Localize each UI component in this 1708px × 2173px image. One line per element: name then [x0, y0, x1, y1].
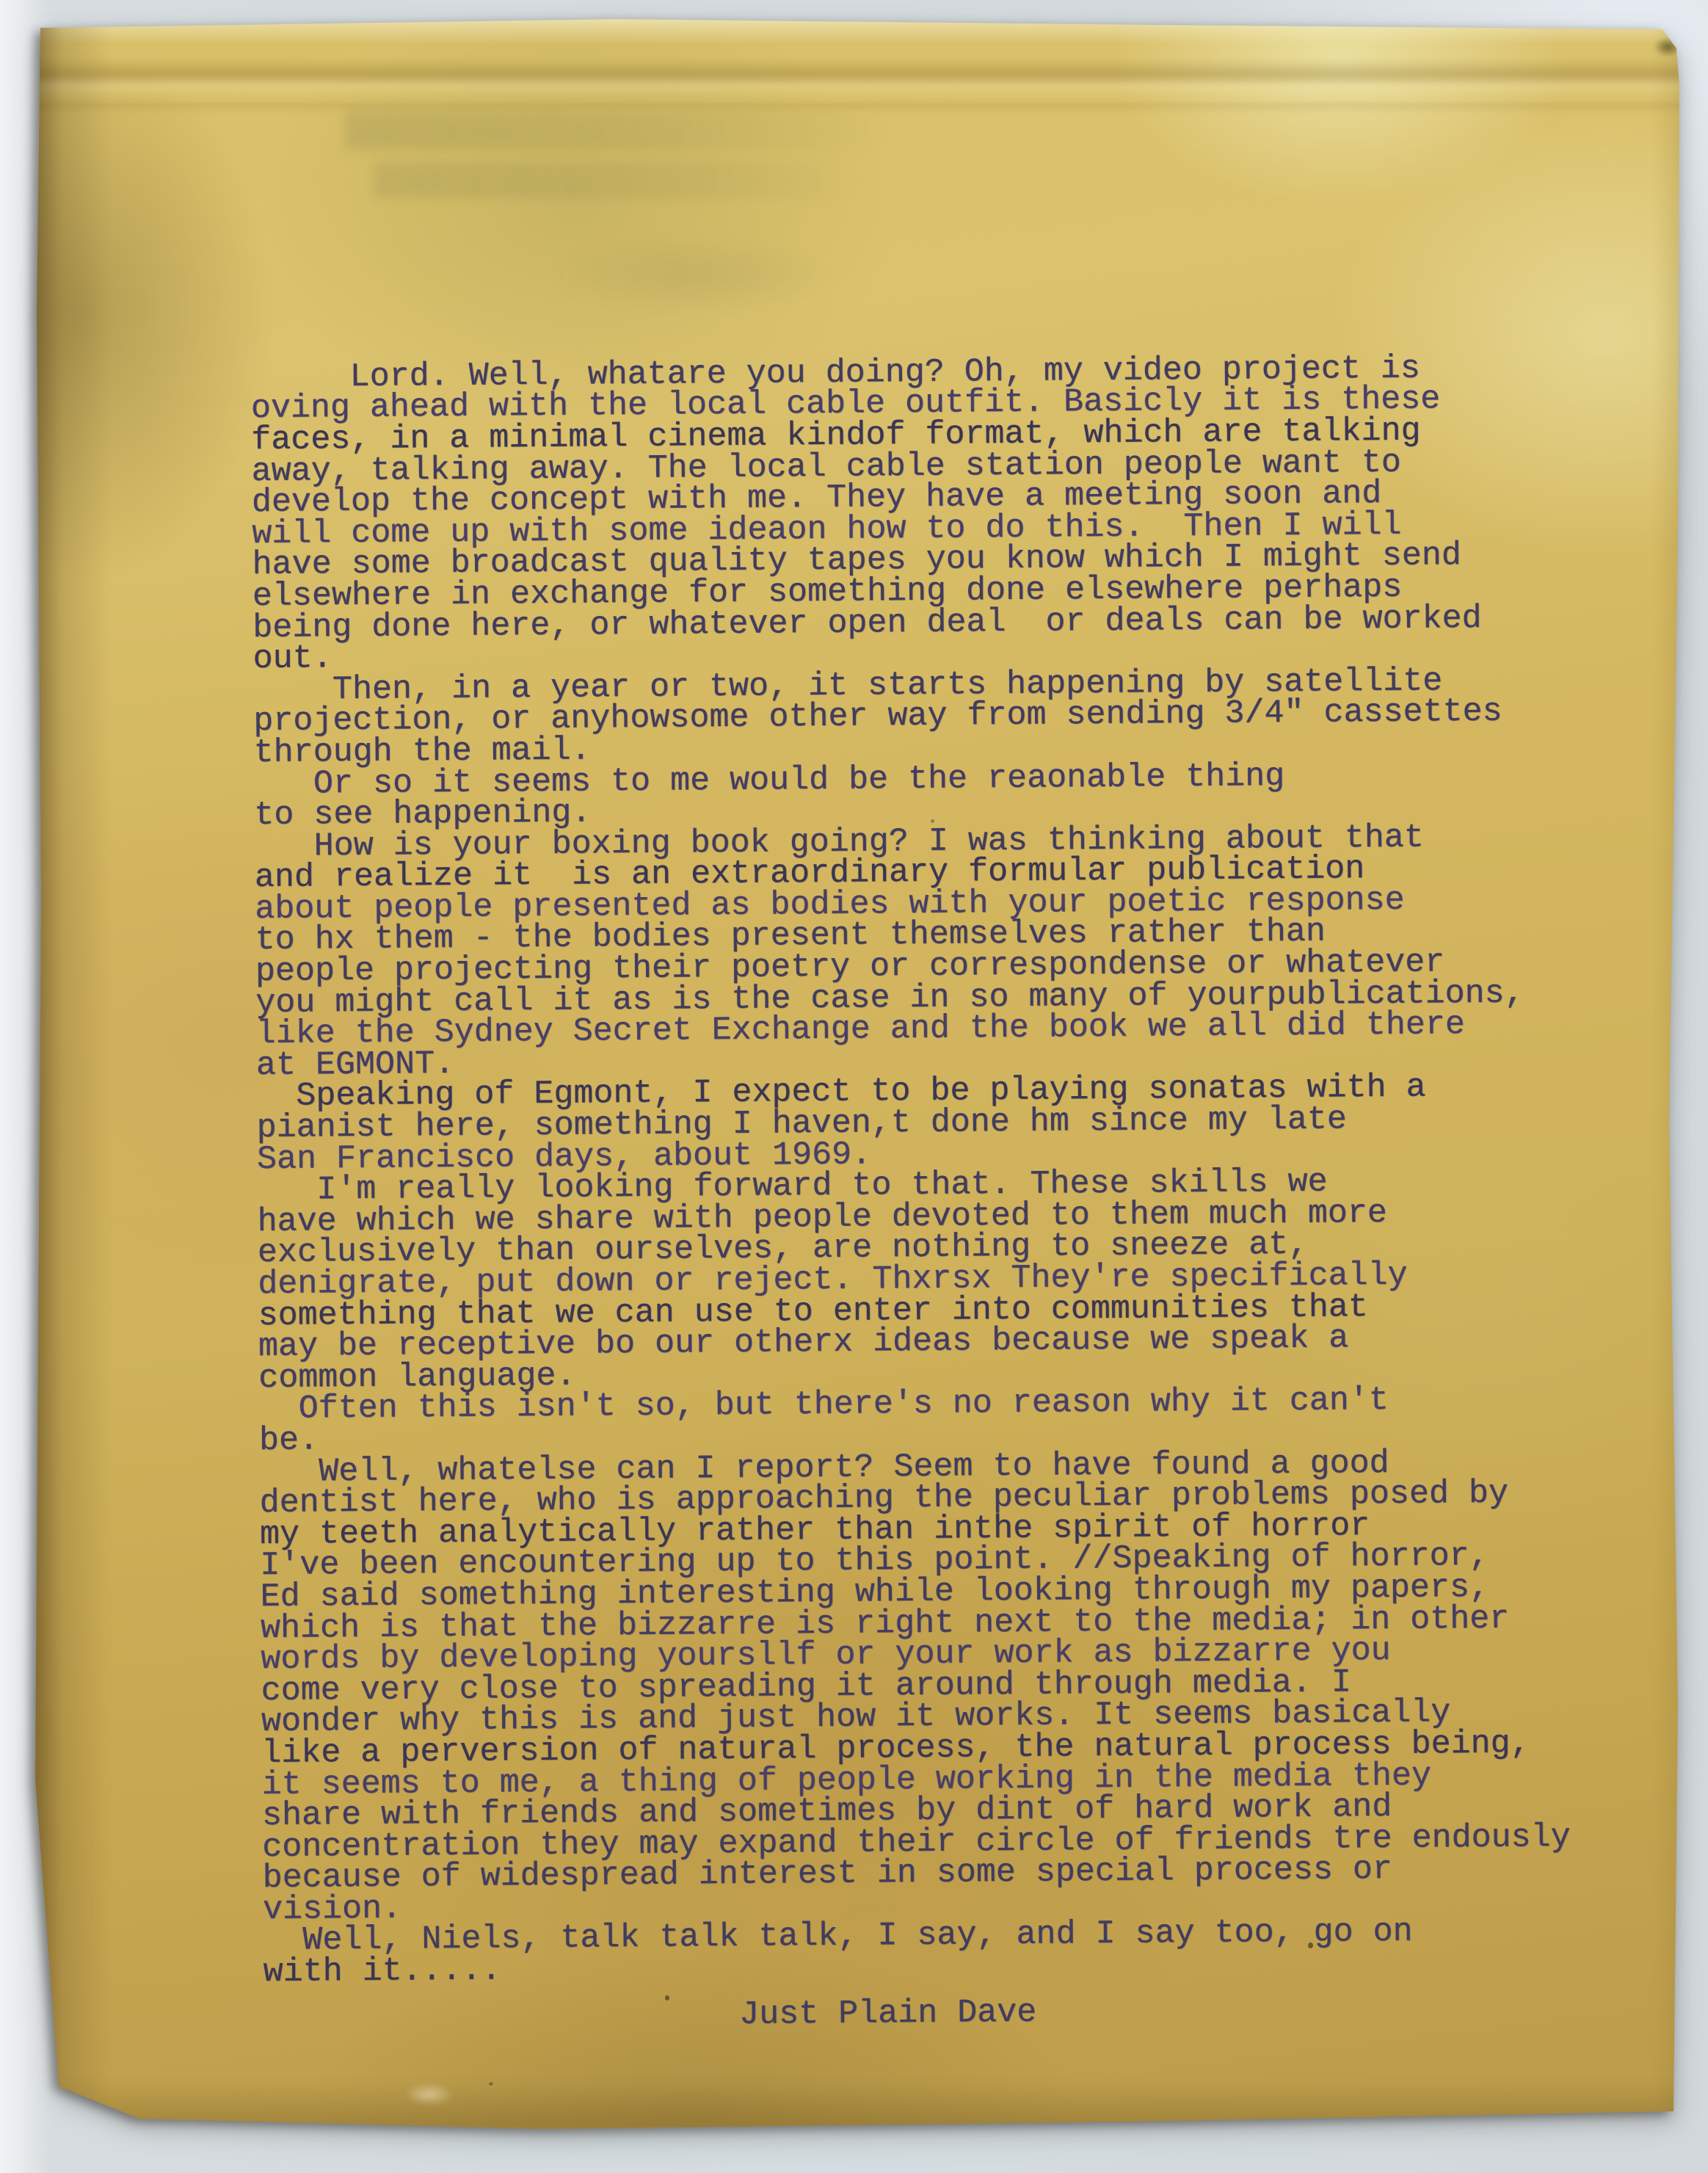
- paper-edge-shadow-left: [29, 18, 110, 2132]
- photo-background: Lord. Well, whatare you doing? Oh, my vi…: [0, 0, 1708, 2173]
- paper-corner-fold-notch: [1641, 35, 1679, 65]
- letter-body: Lord. Well, whatare you doing? Oh, my vi…: [250, 258, 1571, 2034]
- signature: Just Plain Dave: [739, 1993, 1572, 2031]
- paper-shadow-wrapper: Lord. Well, whatare you doing? Oh, my vi…: [0, 0, 1708, 2173]
- bleed-through-smudge: [345, 112, 888, 150]
- letter-paper: Lord. Well, whatare you doing? Oh, my vi…: [29, 18, 1688, 2132]
- paper-corner-scuff: [396, 2078, 462, 2111]
- paper-edge-shadow-right: [1654, 18, 1688, 2132]
- letter-line: being done here, or whatever open deal o…: [252, 603, 1561, 645]
- paper-crease-top: [29, 59, 1688, 97]
- paper-edge-shadow-bottom: [29, 2081, 1688, 2132]
- paper-speck: [489, 2082, 493, 2086]
- bleed-through-smudge: [374, 162, 859, 198]
- paper-top-edge-highlight: [29, 18, 1688, 44]
